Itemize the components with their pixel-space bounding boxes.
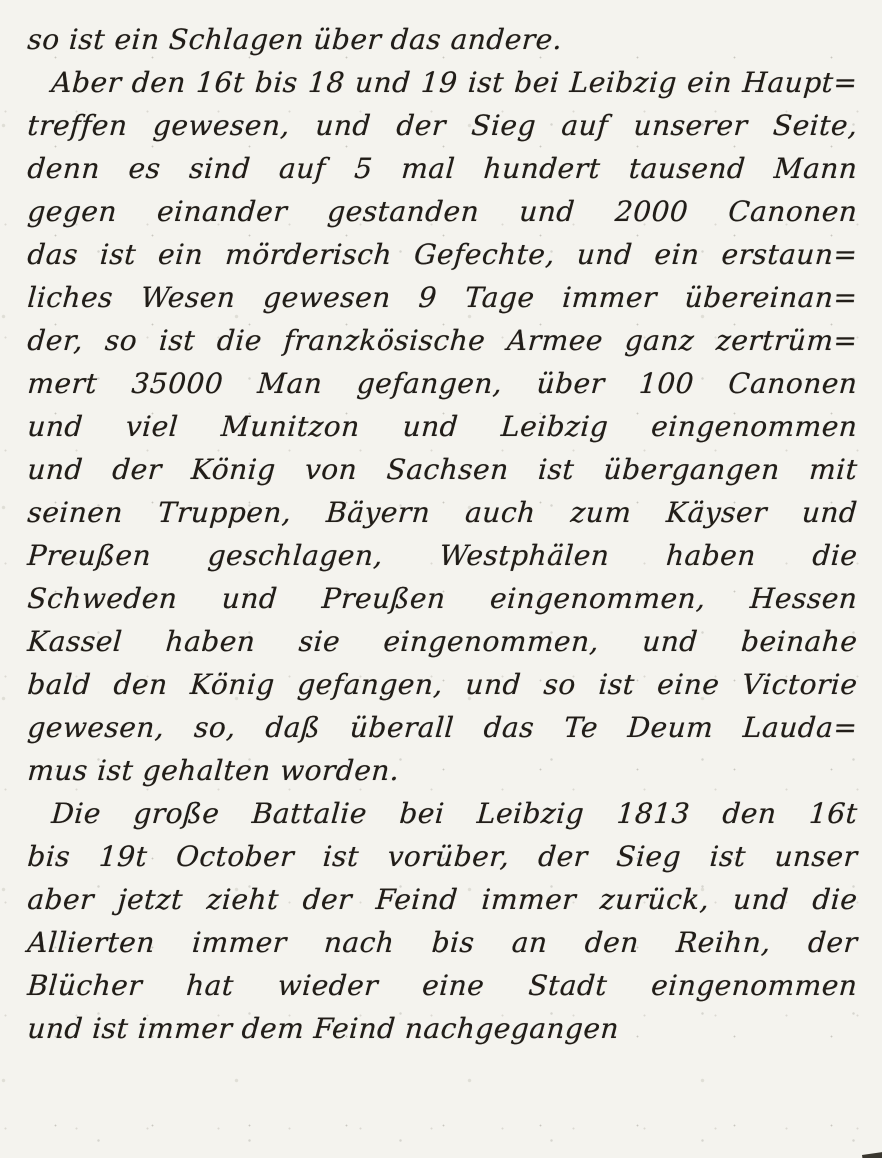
manuscript-line: Kassel haben sie eingenommen, und beinah…: [26, 620, 859, 663]
manuscript-line: das ist ein mörderisch Gefechte, und ein…: [26, 233, 859, 276]
manuscript-page: so ist ein Schlagen über das andere. Abe…: [0, 0, 882, 1158]
manuscript-line: Schweden und Preußen eingenommen, Hessen: [26, 577, 859, 620]
manuscript-line: Aber den 16t bis 18 und 19 ist bei Leibz…: [26, 61, 859, 104]
manuscript-text-block: so ist ein Schlagen über das andere. Abe…: [26, 18, 856, 1050]
manuscript-line: bald den König gefangen, und so ist eine…: [26, 663, 859, 706]
manuscript-line: Die große Battalie bei Leibzig 1813 den …: [26, 792, 859, 835]
manuscript-line: bis 19t October ist vorüber, der Sieg is…: [26, 835, 859, 878]
manuscript-line: seinen Truppen, Bäyern auch zum Käyser u…: [26, 491, 859, 534]
manuscript-line: und der König von Sachsen ist übergangen…: [26, 448, 859, 491]
manuscript-line: so ist ein Schlagen über das andere.: [26, 18, 859, 61]
manuscript-line: denn es sind auf 5 mal hundert tausend M…: [26, 147, 859, 190]
manuscript-line: aber jetzt zieht der Feind immer zurück,…: [26, 878, 859, 921]
manuscript-line: treffen gewesen, und der Sieg auf unsere…: [26, 104, 859, 147]
manuscript-line: und ist immer dem Feind nachgegangen: [26, 1007, 859, 1050]
manuscript-line: Blücher hat wieder eine Stadt eingenomme…: [26, 964, 859, 1007]
manuscript-line: mus ist gehalten worden.: [26, 749, 859, 792]
manuscript-line: und viel Munitzon und Leibzig eingenomme…: [26, 405, 859, 448]
manuscript-line: gegen einander gestanden und 2000 Canone…: [26, 190, 859, 233]
manuscript-line: liches Wesen gewesen 9 Tage immer überei…: [26, 276, 859, 319]
manuscript-line: Preußen geschlagen, Westphälen haben die: [26, 534, 859, 577]
manuscript-line: gewesen, so, daß überall das Te Deum Lau…: [26, 706, 859, 749]
page-corner-ink-mark: [862, 1151, 882, 1158]
manuscript-line: mert 35000 Man gefangen, über 100 Canone…: [26, 362, 859, 405]
manuscript-line: der, so ist die franzkösische Armee ganz…: [26, 319, 859, 362]
manuscript-line: Allierten immer nach bis an den Reihn, d…: [26, 921, 859, 964]
